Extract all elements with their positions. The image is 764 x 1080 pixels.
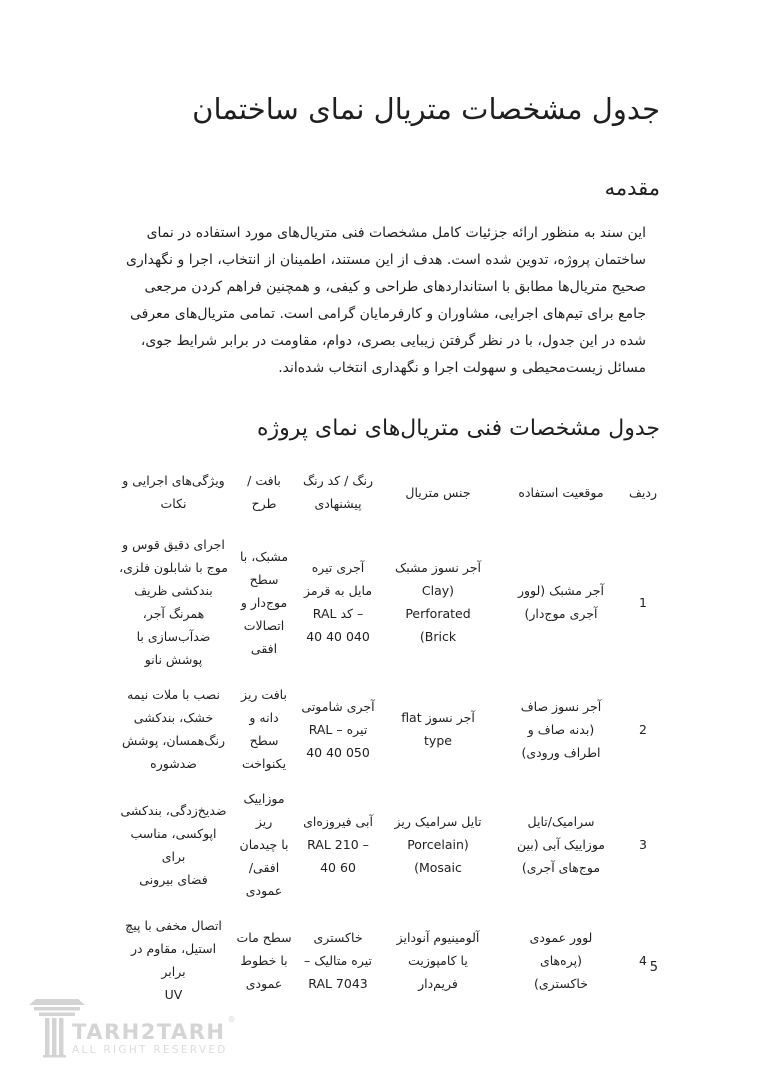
texture-pattern-cell: سطح مات با خطوط عمودی [232, 908, 296, 1012]
notes-cell: ضدیخ‌زدگی، بندکشی اپوکسی، مناسب برای فضا… [115, 781, 232, 908]
page-number: 5 [650, 960, 658, 975]
material-type-cell: تایل سرامیک ریز (Porcelain Mosaic) [380, 781, 496, 908]
usage-location-cell: آجر مشبک (لوور آجری موج‌دار) [496, 527, 626, 677]
material-type-cell: آلومینیوم آنودایز یا کامپوزیت فریم‌دار [380, 908, 496, 1012]
registered-trademark-icon: ® [228, 1016, 236, 1024]
texture-pattern-cell: بافت ریز دانه و سطح یکنواخت [232, 677, 296, 781]
page-content: جدول مشخصات متریال نمای ساختمان مقدمه ای… [115, 0, 660, 1012]
usage-location-cell: سرامیک/تایل موزاییک آبی (بین موج‌های آجر… [496, 781, 626, 908]
usage-location-cell: آجر نسوز صاف (بدنه صاف و اطراف ورودی) [496, 677, 626, 781]
usage-location-cell: لوور عمودی (پره‌های خاکستری) [496, 908, 626, 1012]
notes-cell: اجرای دقیق قوس و موج با شابلون فلزی، بند… [115, 527, 232, 677]
table-row: 4 لوور عمودی (پره‌های خاکستری) آلومینیوم… [115, 908, 660, 1012]
notes-cell: اتصال مخفی با پیچ استیل، مقاوم در برابر … [115, 908, 232, 1012]
notes-cell: نصب با ملات نیمه خشک، بندکشی رنگ‌همسان، … [115, 677, 232, 781]
color-code-cell: آجری شاموتی تیره – RAL 050 40 40 [296, 677, 380, 781]
color-code-cell: آجری تیره مایل به قرمز – کد RAL 040 40 4… [296, 527, 380, 677]
table-row: 2 آجر نسوز صاف (بدنه صاف و اطراف ورودی) … [115, 677, 660, 781]
column-header-color-code: رنگ / کد رنگ پیشنهادی [296, 463, 380, 527]
column-header-usage-location: موقعیت استفاده [496, 463, 626, 527]
intro-heading: مقدمه [115, 176, 660, 200]
row-index-cell: 2 [626, 677, 660, 781]
color-code-cell: خاکستری تیره متالیک – RAL 7043 [296, 908, 380, 1012]
texture-pattern-cell: مشبک، با سطح موج‌دار و اتصالات افقی [232, 527, 296, 677]
column-header-row-index: ردیف [626, 463, 660, 527]
texture-pattern-cell: موزاییک ریز با چیدمان افقی/ عمودی [232, 781, 296, 908]
column-header-material-type: جنس متریال [380, 463, 496, 527]
document-title: جدول مشخصات متریال نمای ساختمان [115, 92, 660, 126]
row-index-cell: 3 [626, 781, 660, 908]
table-header-row: ردیف موقعیت استفاده جنس متریال رنگ / کد … [115, 463, 660, 527]
document-page: جدول مشخصات متریال نمای ساختمان مقدمه ای… [0, 0, 764, 1080]
watermark-logo: TARH2TARH ® ALL RIGHT RESERVED [28, 998, 236, 1058]
column-header-texture-pattern: بافت / طرح [232, 463, 296, 527]
spec-table: ردیف موقعیت استفاده جنس متریال رنگ / کد … [115, 463, 660, 1012]
table-row: 3 سرامیک/تایل موزاییک آبی (بین موج‌های آ… [115, 781, 660, 908]
material-type-cell: آجر نسوز مشبک (Clay Perforated Brick) [380, 527, 496, 677]
logo-text-block: TARH2TARH ® ALL RIGHT RESERVED [72, 1022, 236, 1056]
color-code-cell: آبی فیروزه‌ای – RAL 210 60 40 [296, 781, 380, 908]
logo-brand-text: TARH2TARH [72, 1022, 226, 1042]
material-type-cell: آجر نسوز flat type [380, 677, 496, 781]
column-header-notes: ویژگی‌های اجرایی و نکات [115, 463, 232, 527]
spec-table-heading: جدول مشخصات فنی متریال‌های نمای پروژه [115, 416, 660, 441]
logo-rights-text: ALL RIGHT RESERVED [72, 1044, 236, 1056]
intro-paragraph: این سند به منظور ارائه جزئیات کامل مشخصا… [115, 220, 660, 382]
row-index-cell: 1 [626, 527, 660, 677]
table-row: 1 آجر مشبک (لوور آجری موج‌دار) آجر نسوز … [115, 527, 660, 677]
